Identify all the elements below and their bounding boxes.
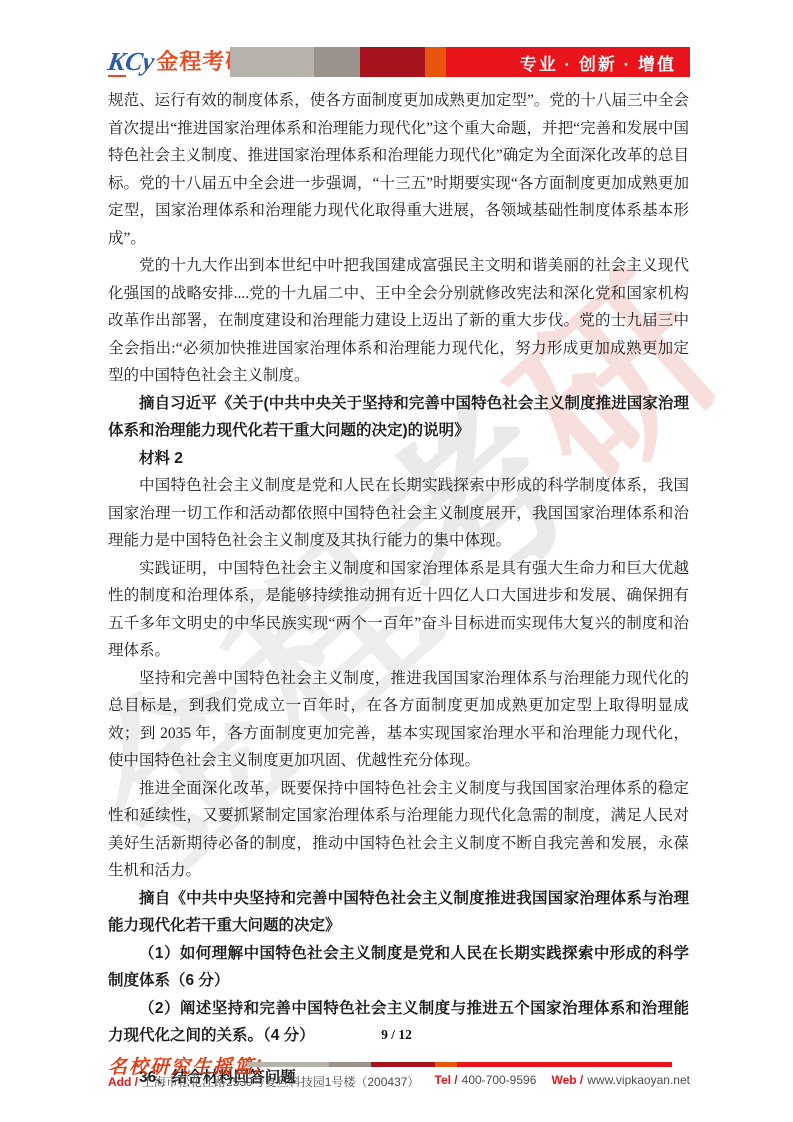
banner-segment-orange (425, 47, 446, 77)
footer-segment-red (457, 1062, 672, 1067)
logo-kcy-icon: KCy (106, 49, 156, 75)
footer-segment-light-gray (247, 1062, 329, 1067)
paragraph: 规范、运行有效的制度体系，使各方面制度更加成熟更加定型”。党的十八届三中全会首次… (108, 87, 689, 252)
footer-contact: Add /上海市松花江路2539号复旦科技园1号楼（200437） Tel /4… (108, 1073, 690, 1090)
document-body: 规范、运行有效的制度体系，使各方面制度更加成熟更加定型”。党的十八届三中全会首次… (108, 87, 689, 1091)
footer-segment-orange (435, 1062, 457, 1067)
footer-segment-gray (329, 1062, 371, 1067)
footer-address: Add /上海市松花江路2539号复旦科技园1号楼（200437） (108, 1073, 419, 1090)
paragraph: 实践证明，中国特色社会主义制度和国家治理体系是具有强大生命力和巨大优越性的制度和… (108, 555, 689, 665)
footer-divider (247, 1062, 672, 1067)
page-number: 9 / 12 (0, 1027, 793, 1043)
banner-segment-light-gray (230, 47, 314, 77)
paragraph: （1）如何理解中国特色社会主义制度是党和人民在长期实践探索中形成的科学制度体系（… (108, 940, 689, 995)
paragraph: 摘自《中共中央坚持和完善中国特色社会主义制度推进我国国家治理体系与治理能力现代化… (108, 885, 689, 940)
web-label: Web / (551, 1073, 583, 1087)
footer-tel: Tel /400-700-9596 (435, 1073, 537, 1090)
paragraph: 摘自习近平《关于(中共中央关于坚持和完善中国特色社会主义制度推进国家治理体系和治… (108, 390, 689, 445)
address-value: 上海市松花江路2539号复旦科技园1号楼（200437） (142, 1075, 419, 1089)
address-label: Add / (108, 1075, 138, 1089)
brand-logo: KCy 金程考研 (108, 44, 248, 80)
paragraph: 中国特色社会主义制度是党和人民在长期实践探索中形成的科学制度体系，我国国家治理一… (108, 472, 689, 555)
paragraph: 坚持和完善中国特色社会主义制度，推进我国国家治理体系与治理能力现代化的总目标是，… (108, 665, 689, 775)
document-page: 金程考研 KCy 金程考研 专业 · 创新 · 增值 规范、运行有效的制度体系，… (0, 0, 793, 1122)
web-value: www.vipkaoyan.net (587, 1073, 690, 1087)
banner-slogan: 专业 · 创新 · 增值 (520, 50, 690, 75)
footer-web: Web /www.vipkaoyan.net (551, 1073, 690, 1090)
page-header: KCy 金程考研 专业 · 创新 · 增值 (108, 44, 690, 80)
banner-segment-gray (314, 47, 360, 77)
banner-segment-red: 专业 · 创新 · 增值 (446, 47, 690, 77)
tel-label: Tel / (435, 1073, 458, 1087)
header-banner: 专业 · 创新 · 增值 (230, 47, 690, 77)
paragraph: 材料 2 (108, 445, 689, 473)
banner-segment-dark-red (360, 47, 425, 77)
paragraph: 党的十九大作出到本世纪中叶把我国建成富强民主文明和谐美丽的社会主义现代化强国的战… (108, 252, 689, 390)
paragraph: 推进全面深化改革，既要保持中国特色社会主义制度与我国国家治理体系的稳定性和延续性… (108, 775, 689, 885)
tel-value: 400-700-9596 (462, 1073, 537, 1087)
footer-segment-dark-red (371, 1062, 435, 1067)
